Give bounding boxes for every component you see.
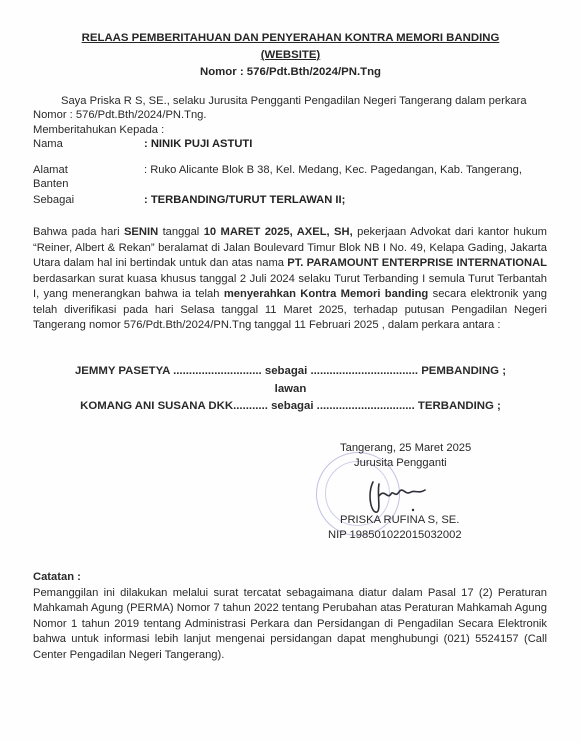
recipient-address-row: Alamat: Ruko Alicante Blok B 38, Kel. Me… <box>33 163 553 192</box>
sign-name: PRISKA RUFINA S, SE. <box>340 513 540 528</box>
parties-section: JEMMY PASETYA ..........................… <box>0 363 581 416</box>
body-day: SENIN <box>124 226 158 238</box>
note-text: Pemanggilan ini dilakukan melalui surat … <box>33 586 547 664</box>
address-label: Alamat <box>33 163 144 177</box>
document-header: RELAAS PEMBERITAHUAN DAN PENYERAHAN KONT… <box>0 30 581 81</box>
note-section: Catatan : Pemanggilan ini dilakukan mela… <box>33 570 547 664</box>
document-title: RELAAS PEMBERITAHUAN DAN PENYERAHAN KONT… <box>0 30 581 47</box>
body-paragraph: Bahwa pada hari SENIN tanggal 10 MARET 2… <box>33 225 547 334</box>
sign-place-date: Tangerang, 25 Maret 2025 <box>340 441 540 456</box>
case-number: Nomor : 576/Pdt.Bth/2024/PN.Tng <box>0 64 581 81</box>
body-text: tanggal <box>158 226 204 238</box>
intro-line-3: Memberitahukan Kepada : <box>33 123 553 137</box>
versus-label: lawan <box>0 381 581 399</box>
note-title: Catatan : <box>33 570 547 586</box>
recipient-name-row: Nama: NINIK PUJI ASTUTI <box>33 137 553 151</box>
intro-section: Saya Priska R S, SE., selaku Jurusita Pe… <box>33 94 553 137</box>
appellant-line: JEMMY PASETYA ..........................… <box>0 363 581 381</box>
document-subtitle: (WEBSITE) <box>0 47 581 64</box>
intro-line-1: Saya Priska R S, SE., selaku Jurusita Pe… <box>33 94 553 108</box>
address-value: : Ruko Alicante Blok B 38, Kel. Medang, … <box>144 164 522 176</box>
body-action: menyerahkan Kontra Memori banding <box>224 288 428 300</box>
role-label: Sebagai <box>33 193 144 207</box>
intro-line-2: Nomor : 576/Pdt.Bth/2024/PN.Tng. <box>33 108 553 122</box>
name-label: Nama <box>33 137 144 151</box>
name-value: : NINIK PUJI ASTUTI <box>144 138 252 150</box>
sign-nip: NIP 198501022015032002 <box>328 528 540 543</box>
sign-position: Jurusita Pengganti <box>340 456 540 471</box>
body-date-name: 10 MARET 2025, AXEL, SH, <box>204 226 353 238</box>
respondent-line: KOMANG ANI SUSANA DKK........... sebagai… <box>0 398 581 416</box>
signature-block: Tangerang, 25 Maret 2025 Jurusita Pengga… <box>340 441 540 542</box>
document-page: RELAAS PEMBERITAHUAN DAN PENYERAHAN KONT… <box>0 0 581 742</box>
address-continuation: Banten <box>33 177 553 191</box>
body-company: PT. PARAMOUNT ENTERPRISE INTERNATIONAL <box>287 257 547 269</box>
role-value: : TERBANDING/TURUT TERLAWAN II; <box>144 194 345 206</box>
body-text: Bahwa pada hari <box>33 226 124 238</box>
recipient-role-row: Sebagai: TERBANDING/TURUT TERLAWAN II; <box>33 193 553 207</box>
